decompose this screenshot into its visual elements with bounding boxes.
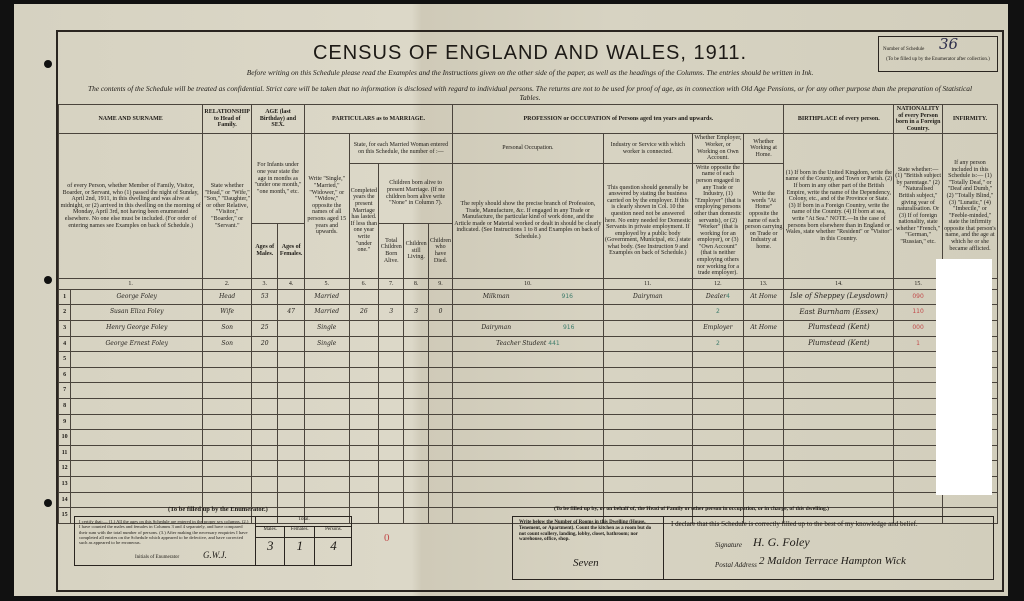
rooms-instruction: Write below the Number of Rooms in this … bbox=[513, 517, 663, 546]
row-number: 1 bbox=[59, 289, 71, 305]
years-married bbox=[349, 336, 378, 352]
redacted-area bbox=[936, 259, 992, 495]
desc-children: Children born alive to present Marriage.… bbox=[379, 163, 453, 224]
years-married bbox=[349, 321, 378, 337]
header-ages-males: Ages of Males. bbox=[252, 224, 278, 279]
header-industry: Industry or Service with which worker is… bbox=[603, 134, 692, 163]
table-row: 4 George Ernest Foley Son 20 Single Teac… bbox=[59, 336, 998, 352]
marital-status: Married bbox=[304, 305, 349, 321]
postal-address-value: 2 Maldon Terrace Hampton Wick bbox=[759, 555, 906, 567]
birthplace: Plumstead (Kent) bbox=[784, 321, 894, 337]
total-label: Total. bbox=[256, 517, 352, 527]
signature-value: H. G. Foley bbox=[753, 535, 810, 550]
rooms-value: Seven bbox=[573, 557, 599, 569]
row-number: 14 bbox=[59, 492, 71, 508]
children-born bbox=[379, 289, 404, 305]
person-name: George Foley bbox=[71, 289, 203, 305]
children-died bbox=[428, 289, 452, 305]
desc-age: For Infants under one year state the age… bbox=[252, 134, 305, 224]
desc-died: Children who have Died. bbox=[428, 224, 452, 279]
header-name: NAME AND SURNAME bbox=[59, 105, 203, 134]
females-total: 1 bbox=[285, 538, 314, 565]
enumerator-box: I certify that:— (1.) All the ages on th… bbox=[74, 516, 352, 566]
row-number: 7 bbox=[59, 383, 71, 399]
persons-total: 4 bbox=[315, 538, 352, 565]
head-section-box: Write below the Number of Rooms in this … bbox=[512, 516, 994, 580]
marital-status: Single bbox=[304, 321, 349, 337]
marital-status: Single bbox=[304, 336, 349, 352]
column-number: 14. bbox=[784, 278, 894, 289]
desc-total-born: Total Children Born Alive. bbox=[379, 224, 404, 279]
enumerator-initials: G.W.J. bbox=[203, 550, 227, 560]
header-relationship: RELATIONSHIP to Head of Family. bbox=[203, 105, 252, 134]
table-row: 6 bbox=[59, 367, 998, 383]
desc-infirmity: If any person included in this Schedule … bbox=[942, 134, 997, 278]
birthplace: Isle of Sheppey (Leysdown) bbox=[784, 289, 894, 305]
column-number: 9. bbox=[428, 278, 452, 289]
years-married: 26 bbox=[349, 305, 378, 321]
employment-code: 4 bbox=[726, 293, 730, 300]
desc-years-married: Completed years the present Marriage has… bbox=[349, 163, 378, 278]
column-number: 5. bbox=[304, 278, 349, 289]
years-married bbox=[349, 289, 378, 305]
desc-name: of every Person, whether Member of Famil… bbox=[59, 134, 203, 278]
header-nationality: NATIONALITY of every Person born in a Fo… bbox=[894, 105, 943, 134]
children-living bbox=[404, 321, 428, 337]
desc-industry: This question should generally be answer… bbox=[603, 163, 692, 278]
age-female bbox=[278, 289, 304, 305]
birthplace: East Burnham (Essex) bbox=[784, 305, 894, 321]
schedule-number-value: 36 bbox=[939, 35, 958, 53]
children-born bbox=[379, 321, 404, 337]
header-personal-occupation: Personal Occupation. bbox=[453, 134, 603, 163]
working-at-home bbox=[743, 305, 784, 321]
table-row: 2 Susan Eliza Foley Wife 47 Married 26 3… bbox=[59, 305, 998, 321]
children-living: 3 bbox=[404, 305, 428, 321]
postal-address-label: Postal Address bbox=[715, 561, 757, 569]
signature-label: Signature bbox=[715, 541, 742, 549]
age-male: 25 bbox=[252, 321, 278, 337]
row-number: 5 bbox=[59, 352, 71, 368]
head-section-heading: (To be filled up by, or on behalf of, th… bbox=[554, 506, 829, 512]
children-died: 0 bbox=[428, 305, 452, 321]
header-age: AGE (last Birthday) and SEX. bbox=[252, 105, 305, 134]
table-row: 1 George Foley Head 53 Married Milkman 9… bbox=[59, 289, 998, 305]
person-name: George Ernest Foley bbox=[71, 336, 203, 352]
relationship: Wife bbox=[203, 305, 252, 321]
desc-birthplace: (1) If born in the United Kingdom, write… bbox=[784, 134, 894, 278]
column-number: 13. bbox=[743, 278, 784, 289]
row-number: 12 bbox=[59, 461, 71, 477]
table-row: 7 bbox=[59, 383, 998, 399]
occupation: Dairyman 916 bbox=[453, 321, 603, 337]
occupation-code: 916 bbox=[562, 293, 573, 300]
column-number: 6. bbox=[349, 278, 378, 289]
age-female: 47 bbox=[278, 305, 304, 321]
desc-at-home: Write the words "At Home" opposite the n… bbox=[743, 163, 784, 278]
schedule-number-label: Number of Schedule bbox=[883, 47, 924, 52]
enumerator-initials-label: Initials of Enumerator bbox=[135, 555, 179, 560]
instruction-line-2: The contents of the Schedule will be tre… bbox=[58, 84, 1002, 102]
row-number: 13 bbox=[59, 476, 71, 492]
column-numbers-row: 1. 2. 3. 4. 5. 6. 7. 8. 9. 10. 11. 12. 1… bbox=[59, 278, 998, 289]
employment-status: Employer bbox=[693, 321, 744, 337]
red-check-mark: 0 bbox=[384, 532, 390, 544]
females-label: Females. bbox=[285, 527, 314, 537]
employment-status: Dealer4 bbox=[693, 289, 744, 305]
age-female bbox=[278, 321, 304, 337]
row-number: 4 bbox=[59, 336, 71, 352]
column-number: 3. bbox=[252, 278, 278, 289]
table-row: 9 bbox=[59, 414, 998, 430]
schedule-number-note: (To be filled up by the Enumerator after… bbox=[881, 57, 995, 62]
column-number: 7. bbox=[379, 278, 404, 289]
row-number: 15 bbox=[59, 508, 71, 524]
enumerator-heading: (To be filled up by the Enumerator.) bbox=[168, 506, 268, 513]
header-profession: PROFESSION or OCCUPATION of Persons aged… bbox=[453, 105, 784, 134]
desc-marriage: Write "Single," "Married," "Widower," or… bbox=[304, 134, 349, 278]
desc-nationality: State whether:— (1) "British subject by … bbox=[894, 134, 943, 278]
persons-label: Persons. bbox=[315, 527, 352, 537]
table-row: 3 Henry George Foley Son 25 Single Dairy… bbox=[59, 321, 998, 337]
column-number: 4. bbox=[278, 278, 304, 289]
employment-code: 2 bbox=[716, 340, 720, 347]
document-title: CENSUS OF ENGLAND AND WALES, 1911. bbox=[58, 42, 1002, 65]
declaration-text: I declare that this Schedule is correctl… bbox=[671, 520, 918, 528]
row-number: 10 bbox=[59, 430, 71, 446]
marital-status: Married bbox=[304, 289, 349, 305]
age-female bbox=[278, 336, 304, 352]
table-row: 8 bbox=[59, 399, 998, 415]
row-number: 3 bbox=[59, 321, 71, 337]
age-male bbox=[252, 305, 278, 321]
row-number: 8 bbox=[59, 399, 71, 415]
person-name: Henry George Foley bbox=[71, 321, 203, 337]
table-row: 12 bbox=[59, 461, 998, 477]
males-total: 3 bbox=[256, 538, 285, 565]
desc-living: Children still Living. bbox=[404, 224, 428, 279]
occupation-code: 916 bbox=[563, 324, 574, 331]
employment-status: 2 bbox=[693, 305, 744, 321]
schedule-number-box: Number of Schedule 36 (To be filled up b… bbox=[878, 36, 998, 72]
children-living bbox=[404, 336, 428, 352]
header-marriage: PARTICULARS as to MARRIAGE. bbox=[304, 105, 452, 134]
census-page: CENSUS OF ENGLAND AND WALES, 1911. Befor… bbox=[14, 4, 1008, 596]
children-born bbox=[379, 336, 404, 352]
census-table: NAME AND SURNAME RELATIONSHIP to Head of… bbox=[58, 104, 998, 524]
relationship: Head bbox=[203, 289, 252, 305]
working-at-home bbox=[743, 336, 784, 352]
column-number: 8. bbox=[404, 278, 428, 289]
form-frame: CENSUS OF ENGLAND AND WALES, 1911. Befor… bbox=[56, 30, 1004, 592]
row-number: 2 bbox=[59, 305, 71, 321]
column-number: 12. bbox=[693, 278, 744, 289]
header-birthplace: BIRTHPLACE of every person. bbox=[784, 105, 894, 134]
column-number: 2. bbox=[203, 278, 252, 289]
header-infirmity: INFIRMITY. bbox=[942, 105, 997, 134]
table-row: 13 bbox=[59, 476, 998, 492]
column-number: 10. bbox=[453, 278, 603, 289]
desc-occupation: The reply should show the precise branch… bbox=[453, 163, 603, 278]
column-number: 1. bbox=[59, 278, 203, 289]
table-row: 10 bbox=[59, 430, 998, 446]
instruction-line-1: Before writing on this Schedule please r… bbox=[58, 68, 1002, 77]
occupation bbox=[453, 305, 603, 321]
children-living bbox=[404, 289, 428, 305]
males-label: Males. bbox=[256, 527, 285, 537]
header-at-home: Whether Working at Home. bbox=[743, 134, 784, 163]
row-number: 6 bbox=[59, 367, 71, 383]
working-at-home: At Home bbox=[743, 321, 784, 337]
children-died bbox=[428, 336, 452, 352]
industry bbox=[603, 305, 692, 321]
industry bbox=[603, 321, 692, 337]
children-born: 3 bbox=[379, 305, 404, 321]
header-ages-females: Ages of Females. bbox=[278, 224, 304, 279]
employment-code: 2 bbox=[716, 308, 720, 315]
age-male: 20 bbox=[252, 336, 278, 352]
punch-hole bbox=[44, 276, 52, 284]
enumerator-certification: I certify that:— (1.) All the ages on th… bbox=[79, 519, 251, 545]
column-number: 11. bbox=[603, 278, 692, 289]
punch-hole bbox=[44, 499, 52, 507]
row-number: 11 bbox=[59, 445, 71, 461]
occupation-code: 441 bbox=[548, 340, 559, 347]
header-employer: Whether Employer, Worker, or Working on … bbox=[693, 134, 744, 163]
working-at-home: At Home bbox=[743, 289, 784, 305]
table-row: 5 bbox=[59, 352, 998, 368]
desc-relationship: State whether "Head," or "Wife," "Son," … bbox=[203, 134, 252, 278]
age-male: 53 bbox=[252, 289, 278, 305]
desc-employer: Write opposite the name of each person e… bbox=[693, 163, 744, 278]
industry: Dairyman bbox=[603, 289, 692, 305]
children-died bbox=[428, 321, 452, 337]
person-name: Susan Eliza Foley bbox=[71, 305, 203, 321]
table-row: 11 bbox=[59, 445, 998, 461]
row-number: 9 bbox=[59, 414, 71, 430]
industry bbox=[603, 336, 692, 352]
occupation: Teacher Student 441 bbox=[453, 336, 603, 352]
employment-status: 2 bbox=[693, 336, 744, 352]
relationship: Son bbox=[203, 321, 252, 337]
punch-hole bbox=[44, 60, 52, 68]
desc-married-woman: State, for each Married Woman entered on… bbox=[349, 134, 453, 163]
occupation: Milkman 916 bbox=[453, 289, 603, 305]
birthplace: Plumstead (Kent) bbox=[784, 336, 894, 352]
relationship: Son bbox=[203, 336, 252, 352]
